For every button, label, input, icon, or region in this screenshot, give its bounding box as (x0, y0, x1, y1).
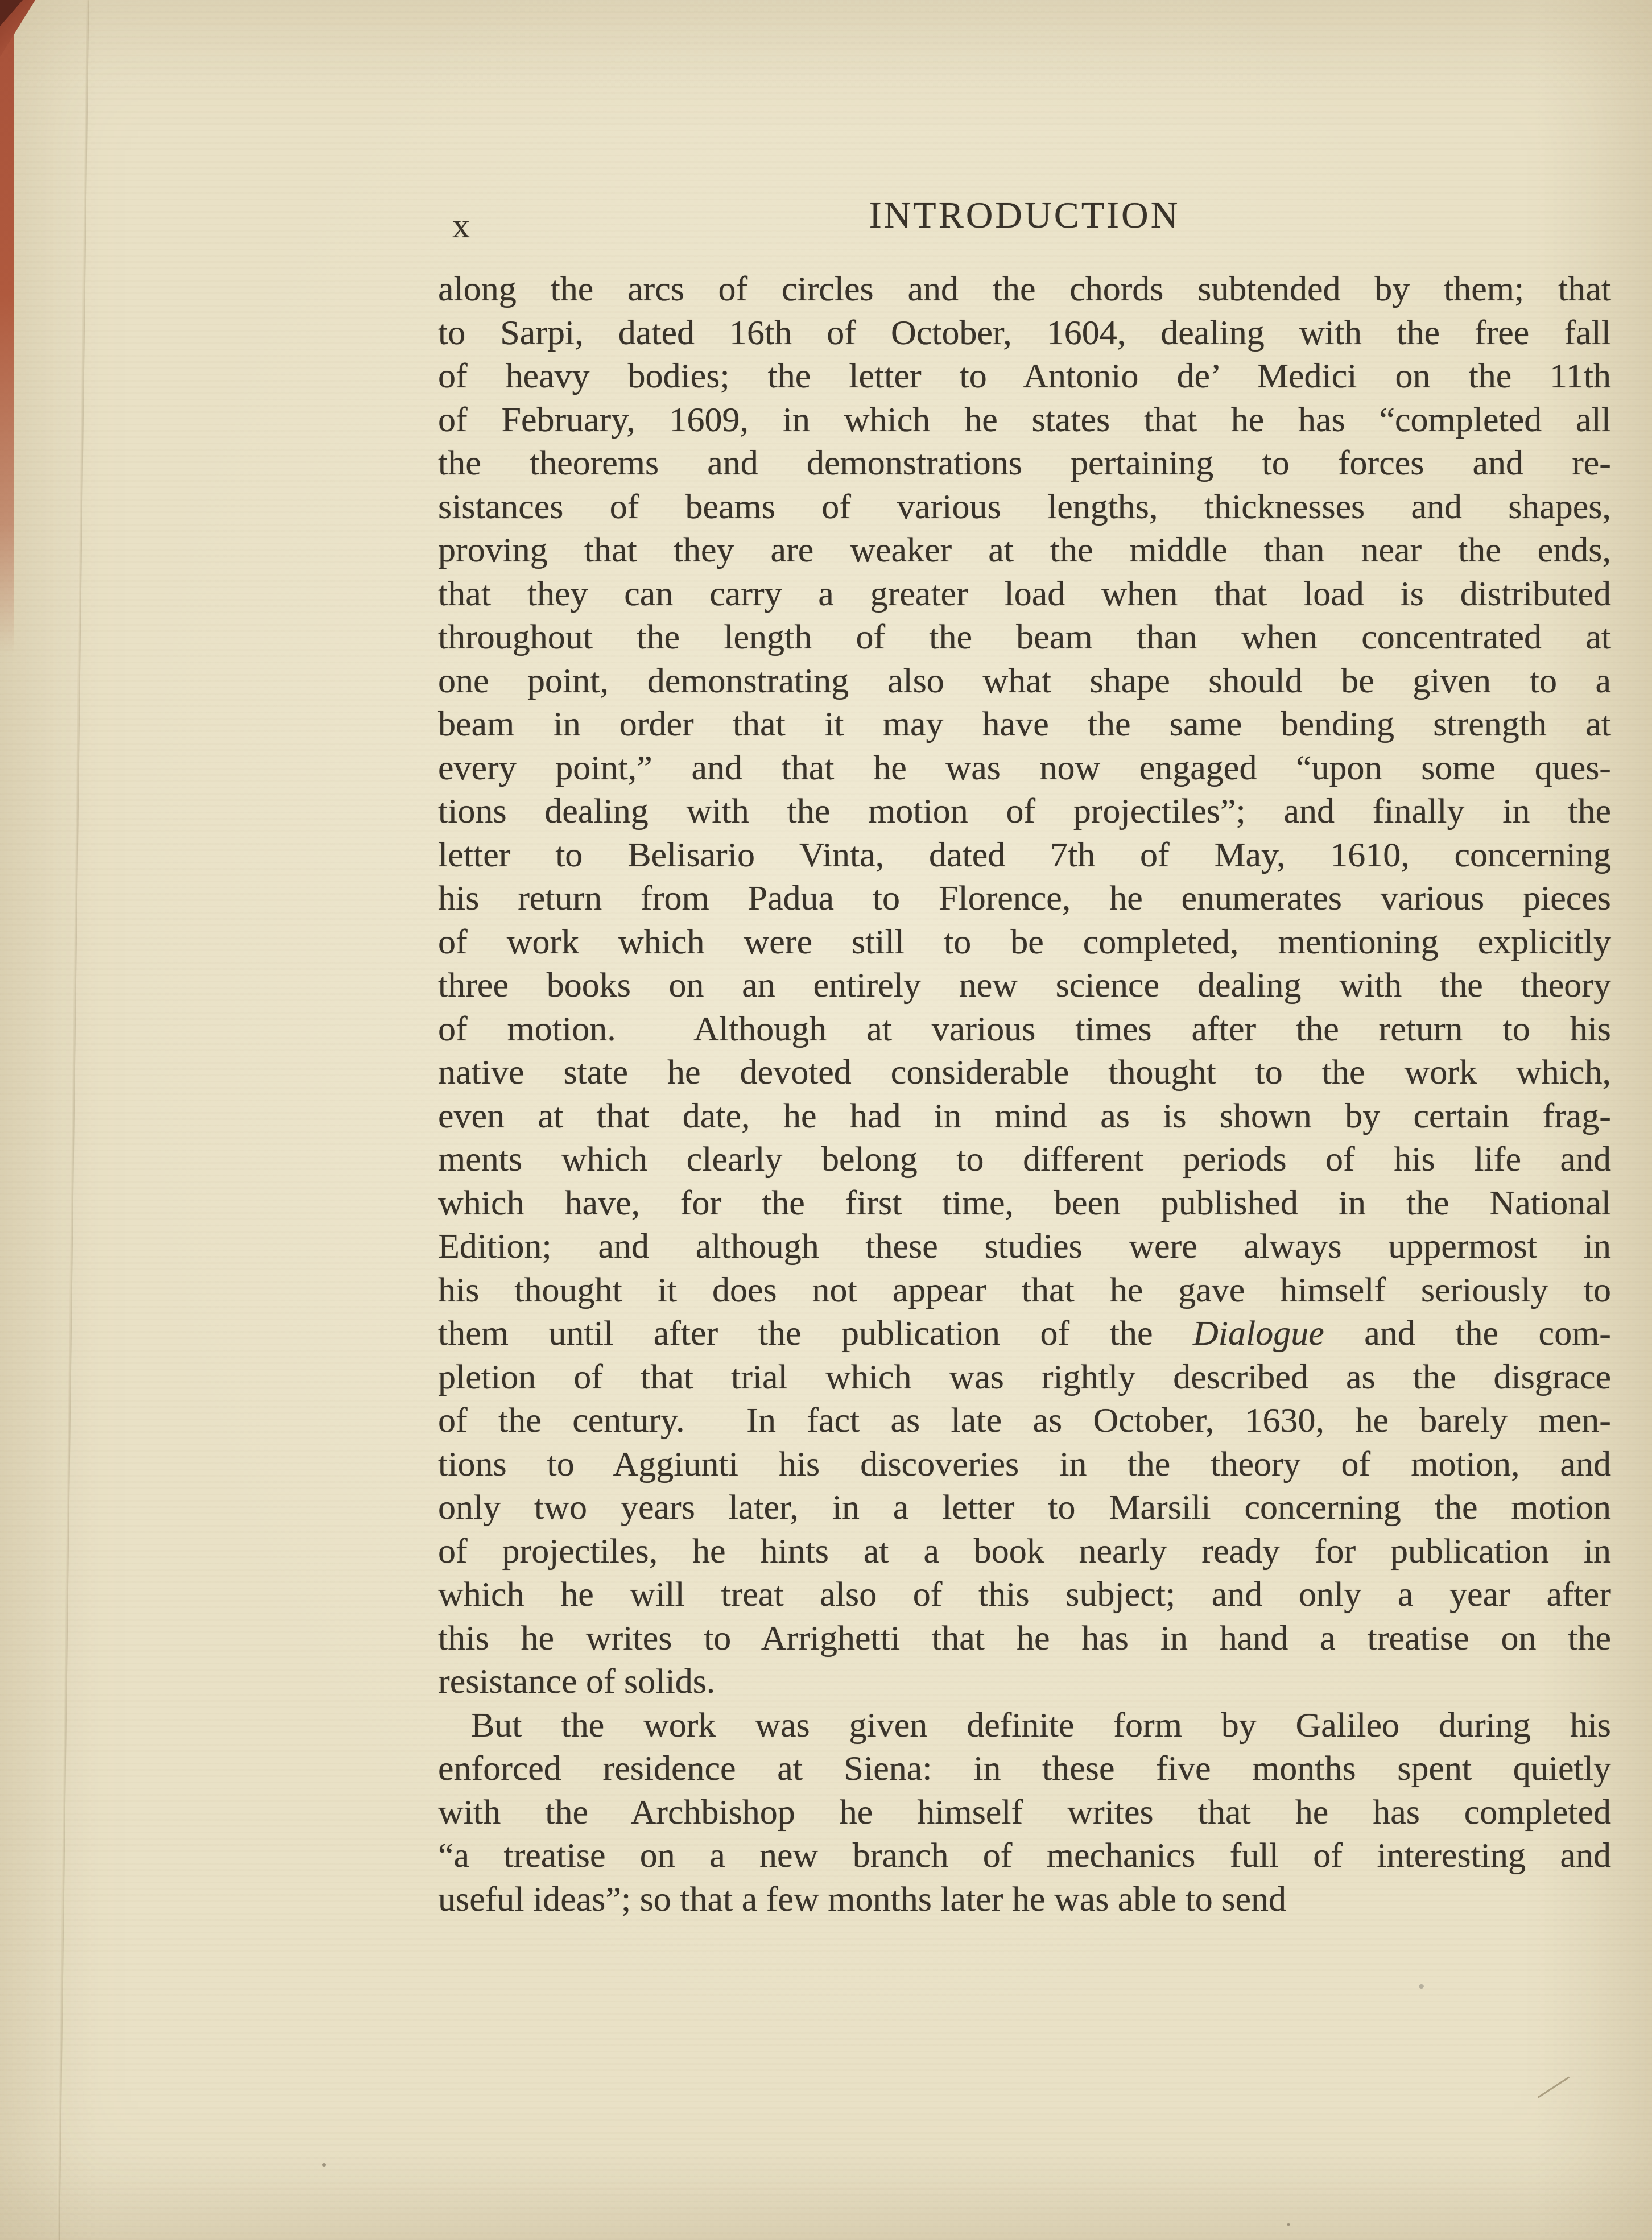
page-title: INTRODUCTION (438, 197, 1611, 234)
text-line: every point,” and that he was now engage… (438, 746, 1611, 790)
text-line: that they can carry a greater load when … (438, 572, 1611, 616)
text-line: resistance of solids. (438, 1660, 1611, 1704)
text-segment: them until after the publication of the (438, 1314, 1193, 1353)
text-line: of work which were still to be completed… (438, 920, 1611, 964)
text-line: this he writes to Arrighetti that he has… (438, 1617, 1611, 1660)
text-line: his thought it does not appear that he g… (438, 1268, 1611, 1312)
binding-edge (0, 0, 14, 654)
text-line: to Sarpi, dated 16th of October, 1604, d… (438, 311, 1611, 355)
italic-book-title: Dialogue (1193, 1314, 1324, 1353)
text-line: of projectiles, he hints at a book nearl… (438, 1530, 1611, 1573)
text-line: of motion. Although at various times aft… (438, 1007, 1611, 1051)
text-line: Edition; and although these studies were… (438, 1225, 1611, 1268)
text-line: throughout the length of the beam than w… (438, 615, 1611, 659)
text-line: only two years later, in a letter to Mar… (438, 1486, 1611, 1530)
text-line: with the Archbishop he himself writes th… (438, 1791, 1611, 1834)
text-line: one point, demonstrating also what shape… (438, 659, 1611, 703)
text-line: tions dealing with the motion of project… (438, 790, 1611, 833)
text-line: pletion of that trial which was rightly … (438, 1355, 1611, 1399)
text-line: the theorems and demonstrations pertaini… (438, 441, 1611, 485)
text-line: native state he devoted considerable tho… (438, 1051, 1611, 1094)
text-line: his return from Padua to Florence, he en… (438, 877, 1611, 920)
paper-speck (322, 2163, 326, 2167)
text-line: But the work was given definite form by … (438, 1704, 1611, 1747)
text-line: beam in order that it may have the same … (438, 702, 1611, 746)
text-line: them until after the publication of the … (438, 1312, 1611, 1355)
text-line: letter to Belisario Vinta, dated 7th of … (438, 833, 1611, 877)
paper-speck (1419, 1984, 1424, 1989)
text-line: even at that date, he had in mind as is … (438, 1094, 1611, 1138)
text-line: ments which clearly belong to different … (438, 1138, 1611, 1181)
paper-speck (1287, 2223, 1290, 2226)
text-line: of the century. In fact as late as Octob… (438, 1399, 1611, 1443)
text-line: tions to Aggiunti his discoveries in the… (438, 1443, 1611, 1486)
text-segment: and the com- (1324, 1314, 1611, 1353)
text-line: useful ideas”; so that a few months late… (438, 1878, 1611, 1921)
text-line: which he will treat also of this subject… (438, 1573, 1611, 1617)
text-block: along the arcs of circles and the chords… (438, 267, 1611, 1921)
text-line: sistances of beams of various lengths, t… (438, 485, 1611, 529)
text-line: “a treatise on a new branch of mechanics… (438, 1834, 1611, 1878)
text-line: along the arcs of circles and the chords… (438, 267, 1611, 311)
text-line: enforced residence at Siena: in these fi… (438, 1747, 1611, 1791)
text-line: three books on an entirely new science d… (438, 964, 1611, 1007)
text-line: of heavy bodies; the letter to Antonio d… (438, 354, 1611, 398)
text-line: which have, for the first time, been pub… (438, 1181, 1611, 1225)
text-line: proving that they are weaker at the midd… (438, 528, 1611, 572)
text-line: of February, 1609, in which he states th… (438, 398, 1611, 442)
